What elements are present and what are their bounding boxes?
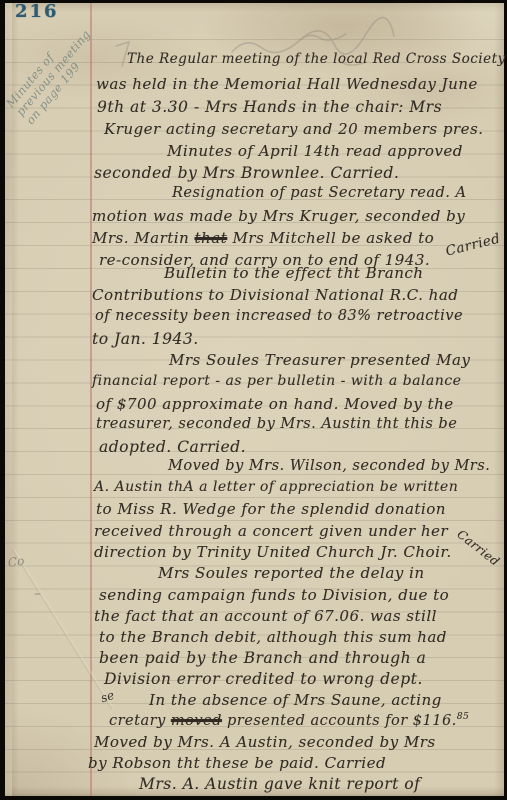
margin-mark: Co [7, 554, 25, 570]
margin-marks-layer: Co–se [0, 0, 507, 800]
scanned-page: 216 Minutes ofprevious meetingon page 19… [0, 0, 507, 800]
margin-mark: – [34, 586, 41, 602]
margin-mark: se [99, 688, 116, 705]
